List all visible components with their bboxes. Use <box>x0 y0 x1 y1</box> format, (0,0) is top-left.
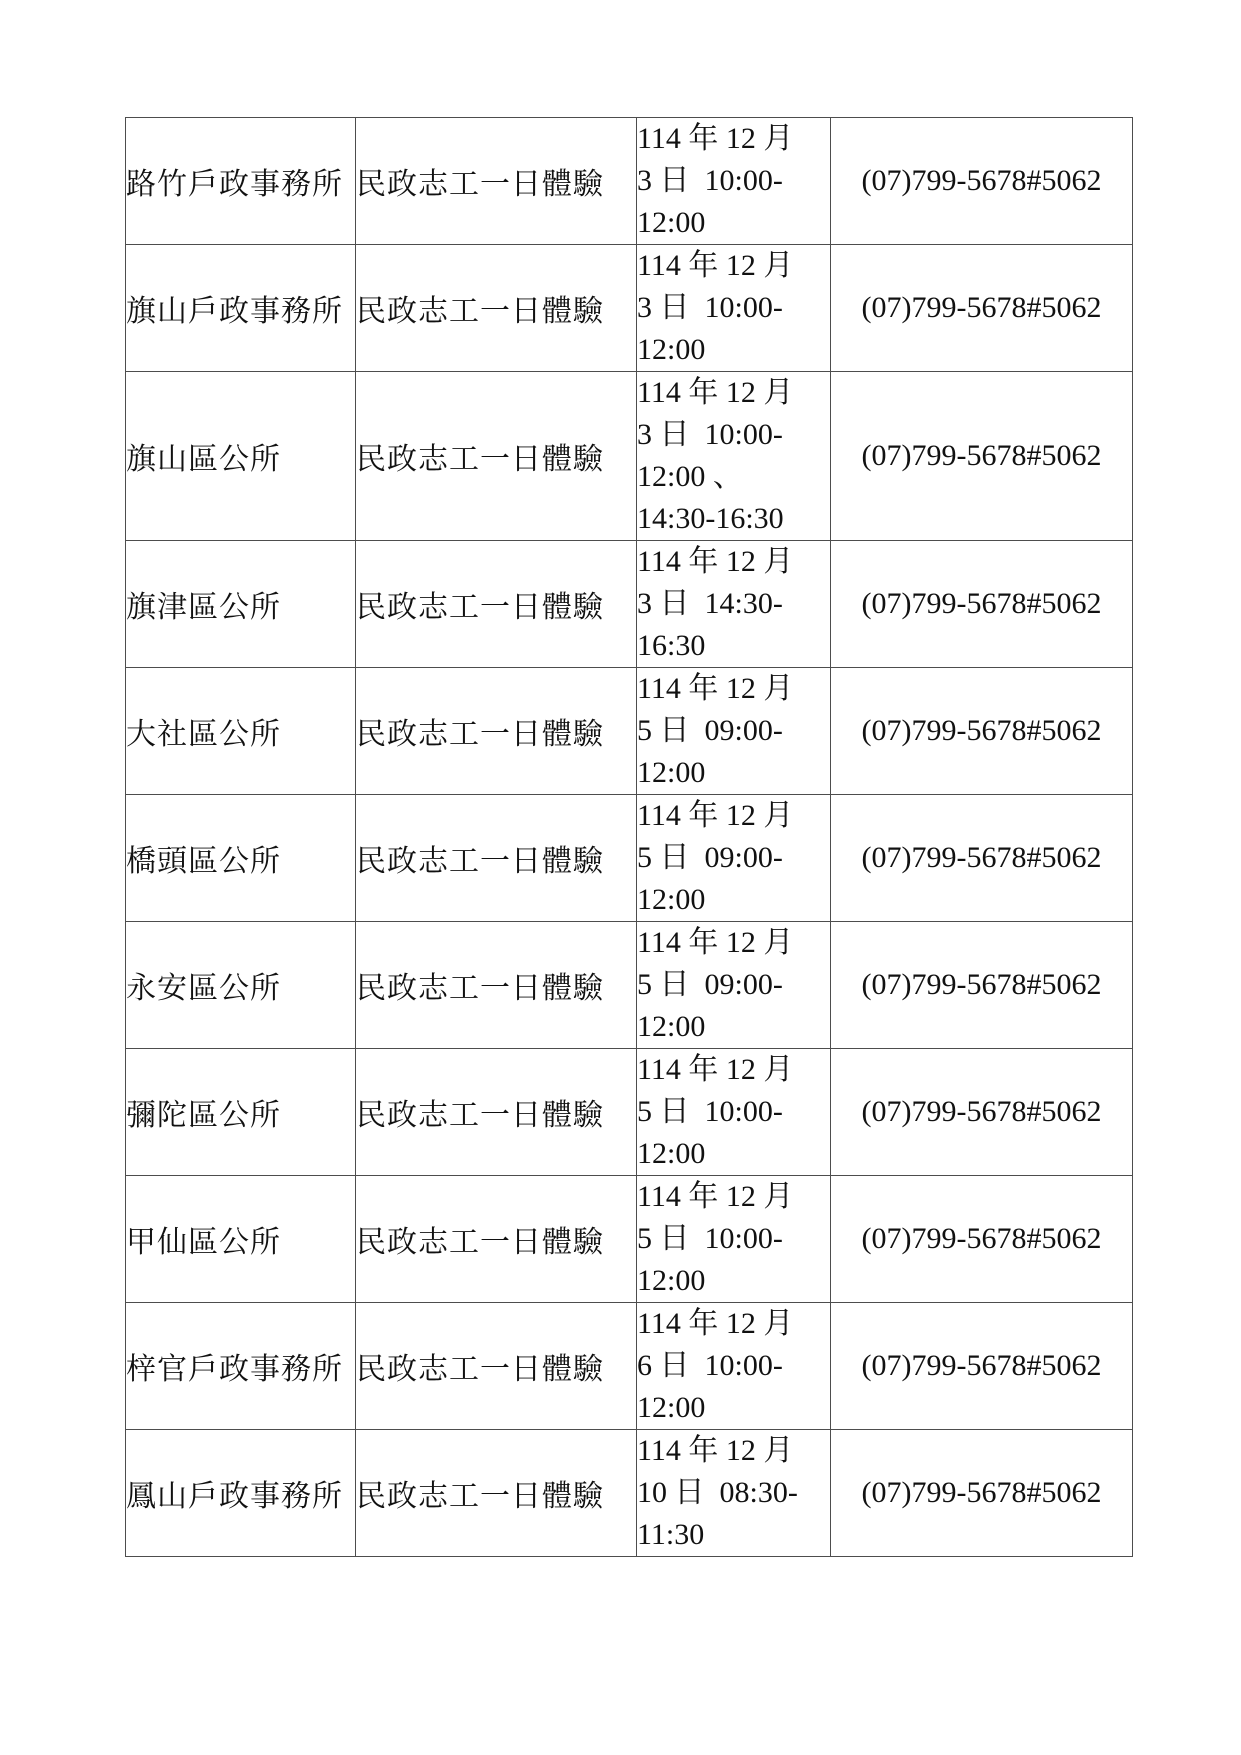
activity-cell: 民政志工一日體驗 <box>356 1303 637 1430</box>
datetime-cell: 114 年 12 月 3 日 10:00- 12:00 <box>637 245 831 372</box>
datetime-cell: 114 年 12 月 6 日 10:00- 12:00 <box>637 1303 831 1430</box>
phone-cell: (07)799-5678#5062 <box>831 1303 1133 1430</box>
phone-cell: (07)799-5678#5062 <box>831 245 1133 372</box>
datetime-cell: 114 年 12 月 5 日 10:00- 12:00 <box>637 1049 831 1176</box>
location-cell: 甲仙區公所 <box>126 1176 356 1303</box>
location-cell: 旗山戶政事務所 <box>126 245 356 372</box>
activity-cell: 民政志工一日體驗 <box>356 1176 637 1303</box>
activity-cell: 民政志工一日體驗 <box>356 922 637 1049</box>
table-row: 永安區公所 民政志工一日體驗 114 年 12 月 5 日 09:00- 12:… <box>126 922 1133 1049</box>
phone-cell: (07)799-5678#5062 <box>831 795 1133 922</box>
activity-cell: 民政志工一日體驗 <box>356 1430 637 1557</box>
phone-cell: (07)799-5678#5062 <box>831 1176 1133 1303</box>
datetime-cell: 114 年 12 月 3 日 10:00- 12:00 、 14:30-16:3… <box>637 372 831 541</box>
schedule-table: 路竹戶政事務所 民政志工一日體驗 114 年 12 月 3 日 10:00- 1… <box>125 117 1133 1557</box>
datetime-cell: 114 年 12 月 5 日 10:00- 12:00 <box>637 1176 831 1303</box>
location-cell: 旗津區公所 <box>126 541 356 668</box>
phone-cell: (07)799-5678#5062 <box>831 372 1133 541</box>
location-cell: 旗山區公所 <box>126 372 356 541</box>
phone-cell: (07)799-5678#5062 <box>831 1430 1133 1557</box>
activity-cell: 民政志工一日體驗 <box>356 372 637 541</box>
datetime-cell: 114 年 12 月 5 日 09:00- 12:00 <box>637 795 831 922</box>
datetime-cell: 114 年 12 月 5 日 09:00- 12:00 <box>637 922 831 1049</box>
table-row: 梓官戶政事務所 民政志工一日體驗 114 年 12 月 6 日 10:00- 1… <box>126 1303 1133 1430</box>
activity-cell: 民政志工一日體驗 <box>356 795 637 922</box>
activity-cell: 民政志工一日體驗 <box>356 245 637 372</box>
activity-cell: 民政志工一日體驗 <box>356 118 637 245</box>
phone-cell: (07)799-5678#5062 <box>831 1049 1133 1176</box>
datetime-cell: 114 年 12 月 5 日 09:00- 12:00 <box>637 668 831 795</box>
activity-cell: 民政志工一日體驗 <box>356 541 637 668</box>
activity-cell: 民政志工一日體驗 <box>356 668 637 795</box>
table-row: 甲仙區公所 民政志工一日體驗 114 年 12 月 5 日 10:00- 12:… <box>126 1176 1133 1303</box>
location-cell: 鳳山戶政事務所 <box>126 1430 356 1557</box>
location-cell: 路竹戶政事務所 <box>126 118 356 245</box>
phone-cell: (07)799-5678#5062 <box>831 118 1133 245</box>
table-row: 路竹戶政事務所 民政志工一日體驗 114 年 12 月 3 日 10:00- 1… <box>126 118 1133 245</box>
table-row: 彌陀區公所 民政志工一日體驗 114 年 12 月 5 日 10:00- 12:… <box>126 1049 1133 1176</box>
phone-cell: (07)799-5678#5062 <box>831 541 1133 668</box>
location-cell: 大社區公所 <box>126 668 356 795</box>
phone-cell: (07)799-5678#5062 <box>831 922 1133 1049</box>
location-cell: 彌陀區公所 <box>126 1049 356 1176</box>
location-cell: 梓官戶政事務所 <box>126 1303 356 1430</box>
datetime-cell: 114 年 12 月 10 日 08:30- 11:30 <box>637 1430 831 1557</box>
table-row: 旗山區公所 民政志工一日體驗 114 年 12 月 3 日 10:00- 12:… <box>126 372 1133 541</box>
table-row: 鳳山戶政事務所 民政志工一日體驗 114 年 12 月 10 日 08:30- … <box>126 1430 1133 1557</box>
phone-cell: (07)799-5678#5062 <box>831 668 1133 795</box>
activity-cell: 民政志工一日體驗 <box>356 1049 637 1176</box>
datetime-cell: 114 年 12 月 3 日 10:00- 12:00 <box>637 118 831 245</box>
datetime-cell: 114 年 12 月 3 日 14:30- 16:30 <box>637 541 831 668</box>
table-row: 橋頭區公所 民政志工一日體驗 114 年 12 月 5 日 09:00- 12:… <box>126 795 1133 922</box>
location-cell: 永安區公所 <box>126 922 356 1049</box>
location-cell: 橋頭區公所 <box>126 795 356 922</box>
table-row: 旗津區公所 民政志工一日體驗 114 年 12 月 3 日 14:30- 16:… <box>126 541 1133 668</box>
table-row: 旗山戶政事務所 民政志工一日體驗 114 年 12 月 3 日 10:00- 1… <box>126 245 1133 372</box>
table-row: 大社區公所 民政志工一日體驗 114 年 12 月 5 日 09:00- 12:… <box>126 668 1133 795</box>
